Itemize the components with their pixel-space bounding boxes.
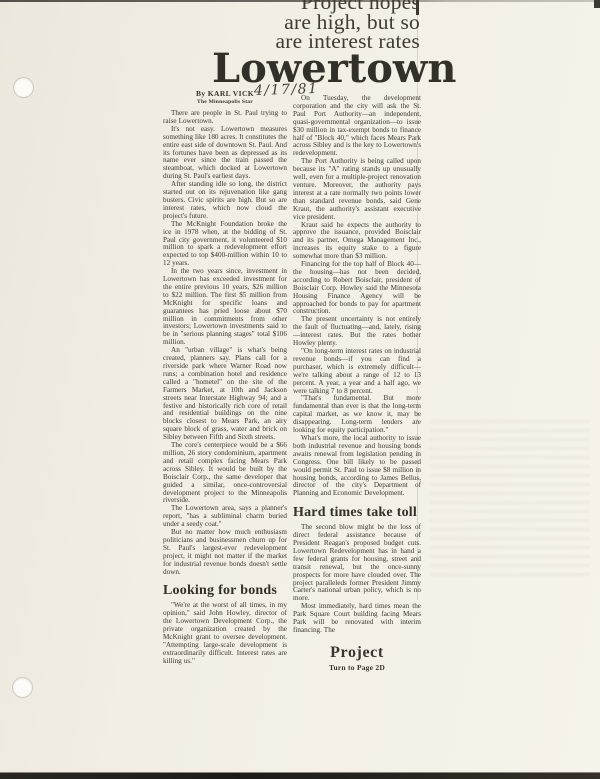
section-subhead-looking-for-bonds: Looking for bonds xyxy=(163,583,287,598)
article-paragraph: But no matter how much enthusiasm politi… xyxy=(163,529,287,576)
hole-punch-top xyxy=(14,78,33,97)
article-paragraph: "On long-term interest rates on industri… xyxy=(293,348,421,395)
continuation-title: Project xyxy=(293,644,421,661)
article-paragraph: The Port Authority is being called upon … xyxy=(293,158,421,221)
article-paragraph: Kraut said he expects the authority to a… xyxy=(293,222,421,262)
article-paragraph: What's more, the local authority to issu… xyxy=(293,435,421,498)
article-paragraph: The core's centerpiece would be a $66 mi… xyxy=(163,442,287,505)
article-paragraph: "We're at the worst of all times, in my … xyxy=(163,602,287,665)
article-paragraph: An "urban village" is what's being creat… xyxy=(163,347,287,442)
scan-corner-mark xyxy=(594,0,600,8)
byline-author: By KARL VICK xyxy=(163,89,287,98)
article-paragraph: After standing idle so long, the distric… xyxy=(163,181,287,221)
article-paragraph: It's not easy. Lowertown measures someth… xyxy=(163,126,287,181)
article-paragraph: On Tuesday, the development corporation … xyxy=(293,95,421,158)
article-paragraph: The McKnight Foundation broke the ice in… xyxy=(163,221,287,268)
scan-bottom-edge-bar xyxy=(0,772,600,779)
continuation-notice: Project Turn to Page 2D xyxy=(293,644,421,672)
article-column-right: On Tuesday, the development corporation … xyxy=(293,95,421,672)
newspaper-clipping-page: Project hopes are high, but so are inter… xyxy=(0,0,600,779)
article-paragraph: The present uncertainty is not entirely … xyxy=(293,316,421,348)
article-paragraph: Most immediately, hard times mean the Pa… xyxy=(293,603,421,635)
kicker-headline: Project hopes are high, but so are inter… xyxy=(190,0,420,52)
byline-organization: The Minneapolis Star xyxy=(163,99,287,105)
ink-bleed-through xyxy=(430,420,590,580)
article-column-left: There are people in St. Paul trying to r… xyxy=(163,110,287,666)
article-paragraph: "That's fundamental. But more fundamenta… xyxy=(293,395,421,435)
article-paragraph: The Lowertown area, says a planner's rep… xyxy=(163,505,287,529)
article-paragraph: There are people in St. Paul trying to r… xyxy=(163,110,287,126)
article-paragraph: Financing for the top half of Block 40—t… xyxy=(293,261,421,316)
section-subhead-hard-times-take-toll: Hard times take toll xyxy=(293,505,421,520)
continuation-note: Turn to Page 2D xyxy=(293,664,421,672)
hole-punch-bottom xyxy=(13,678,32,697)
byline: By KARL VICK The Minneapolis Star xyxy=(163,89,287,105)
article-paragraph: The second blow might be the loss of dir… xyxy=(293,524,421,603)
article-paragraph: In the two years since, investment in Lo… xyxy=(163,268,287,347)
